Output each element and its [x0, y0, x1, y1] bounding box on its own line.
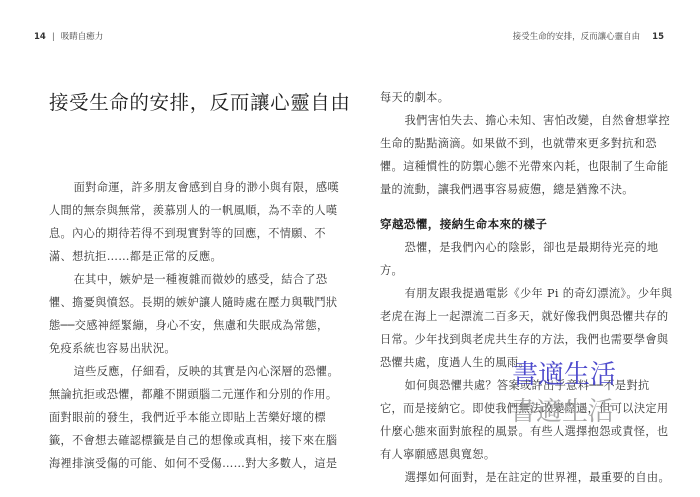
text-line: 日常。少年找到與老虎共生存的方法，我們也需要學會與: [380, 328, 642, 351]
text-line: 態──交感神經緊繃，身心不安，焦慮和失眠成為常態，: [49, 314, 307, 337]
text-line: 面對命運，許多朋友會感到自身的渺小與有限，感嘆: [49, 176, 307, 199]
text-line: 無論抗拒或恐懼，都離不開頭腦二元運作和分別的作用。: [49, 383, 307, 406]
chapter-running-title: 接受生命的安排，反而讓心靈自由: [513, 32, 641, 42]
chapter-title: 接受生命的安排，反而讓心靈自由: [49, 91, 351, 115]
right-body-text: 每天的劇本。我們害怕失去、擔心未知、害怕改變，自然會想掌控生命的點點滴滴。如果做…: [380, 86, 642, 489]
paragraph: 恐懼，是我們內心的陰影，卻也是最期待光亮的地方。: [380, 236, 642, 282]
text-line: 籤，不會想去確認標籤是自己的想像或真相，接下來在腦: [49, 429, 307, 452]
text-line: 量的流動，讓我們遇事容易疲憊，總是猶豫不決。: [380, 178, 642, 201]
paragraph: 面對命運，許多朋友會感到自身的渺小與有限，感嘆人間的無奈與無常，羨慕別人的一帆風…: [49, 176, 307, 268]
left-body-text: 面對命運，許多朋友會感到自身的渺小與有限，感嘆人間的無奈與無常，羨慕別人的一帆風…: [49, 176, 307, 475]
paragraph: 我們害怕失去、擔心未知、害怕改變，自然會想掌控生命的點點滴滴。如果做不到，也就帶…: [380, 109, 642, 201]
paragraph: 選擇如何面對，是在註定的世界裡，最重要的自由。: [380, 466, 642, 489]
text-line: 海裡排演受傷的可能、如何不受傷……對大多數人，這是: [49, 452, 307, 475]
text-line: 有人寧願感恩與寬恕。: [380, 443, 642, 466]
section-heading: 穿越恐懼，接納生命本來的樣子: [380, 213, 642, 236]
right-running-head: 接受生命的安排，反而讓心靈自由15: [513, 31, 664, 43]
text-line: 選擇如何面對，是在註定的世界裡，最重要的自由。: [380, 466, 642, 489]
text-line: 免疫系統也容易出狀況。: [49, 337, 307, 360]
text-line: 人間的無奈與無常，羨慕別人的一帆風順，為不幸的人嘆: [49, 199, 307, 222]
page-number: 15: [652, 32, 664, 42]
watermark: 書適生活: [512, 360, 616, 390]
left-page: 14|吸睛自癒力 接受生命的安排，反而讓心靈自由 面對命運，許多朋友會感到自身的…: [0, 0, 350, 497]
text-line: 有朋友跟我提過電影《少年 Pi 的奇幻漂流》。少年與: [380, 282, 642, 305]
separator: |: [52, 32, 55, 42]
text-line: 懼、擔憂與憤怒。長期的嫉妒讓人隨時處在壓力與戰鬥狀: [49, 291, 307, 314]
text-line: 滿、想抗拒……都是正常的反應。: [49, 245, 307, 268]
page-number: 14: [34, 32, 46, 42]
text-line: 我們害怕失去、擔心未知、害怕改變，自然會想掌控: [380, 109, 642, 132]
paragraph: 每天的劇本。: [380, 86, 642, 109]
text-line: 方。: [380, 259, 642, 282]
text-line: 面對眼前的發生，我們近乎本能立即貼上苦樂好壞的標: [49, 406, 307, 429]
text-line: 恐懼，是我們內心的陰影，卻也是最期待光亮的地: [380, 236, 642, 259]
text-line: 息。內心的期待若得不到現實對等的回應，不情願、不: [49, 222, 307, 245]
text-line: 每天的劇本。: [380, 86, 642, 109]
text-line: 這些反應，仔細看，反映的其實是內心深層的恐懼。: [49, 360, 307, 383]
paragraph: 在其中，嫉妒是一種複雜而微妙的感受，結合了恐懼、擔憂與憤怒。長期的嫉妒讓人隨時處…: [49, 268, 307, 360]
text-line: 老虎在海上一起漂流二百多天，就好像我們與恐懼共存的: [380, 305, 642, 328]
text-line: 懼。這種慣性的防禦心態不光帶來內耗，也限制了生命能: [380, 155, 642, 178]
left-running-head: 14|吸睛自癒力: [34, 31, 103, 43]
text-line: 在其中，嫉妒是一種複雜而微妙的感受，結合了恐: [49, 268, 307, 291]
watermark: 書適生活: [510, 397, 614, 427]
paragraph: 這些反應，仔細看，反映的其實是內心深層的恐懼。無論抗拒或恐懼，都離不開頭腦二元運…: [49, 360, 307, 475]
paragraphs-before-heading: 每天的劇本。我們害怕失去、擔心未知、害怕改變，自然會想掌控生命的點點滴滴。如果做…: [380, 86, 642, 201]
book-title: 吸睛自癒力: [61, 32, 104, 42]
text-line: 生命的點點滴滴。如果做不到，也就帶來更多對抗和恐: [380, 132, 642, 155]
